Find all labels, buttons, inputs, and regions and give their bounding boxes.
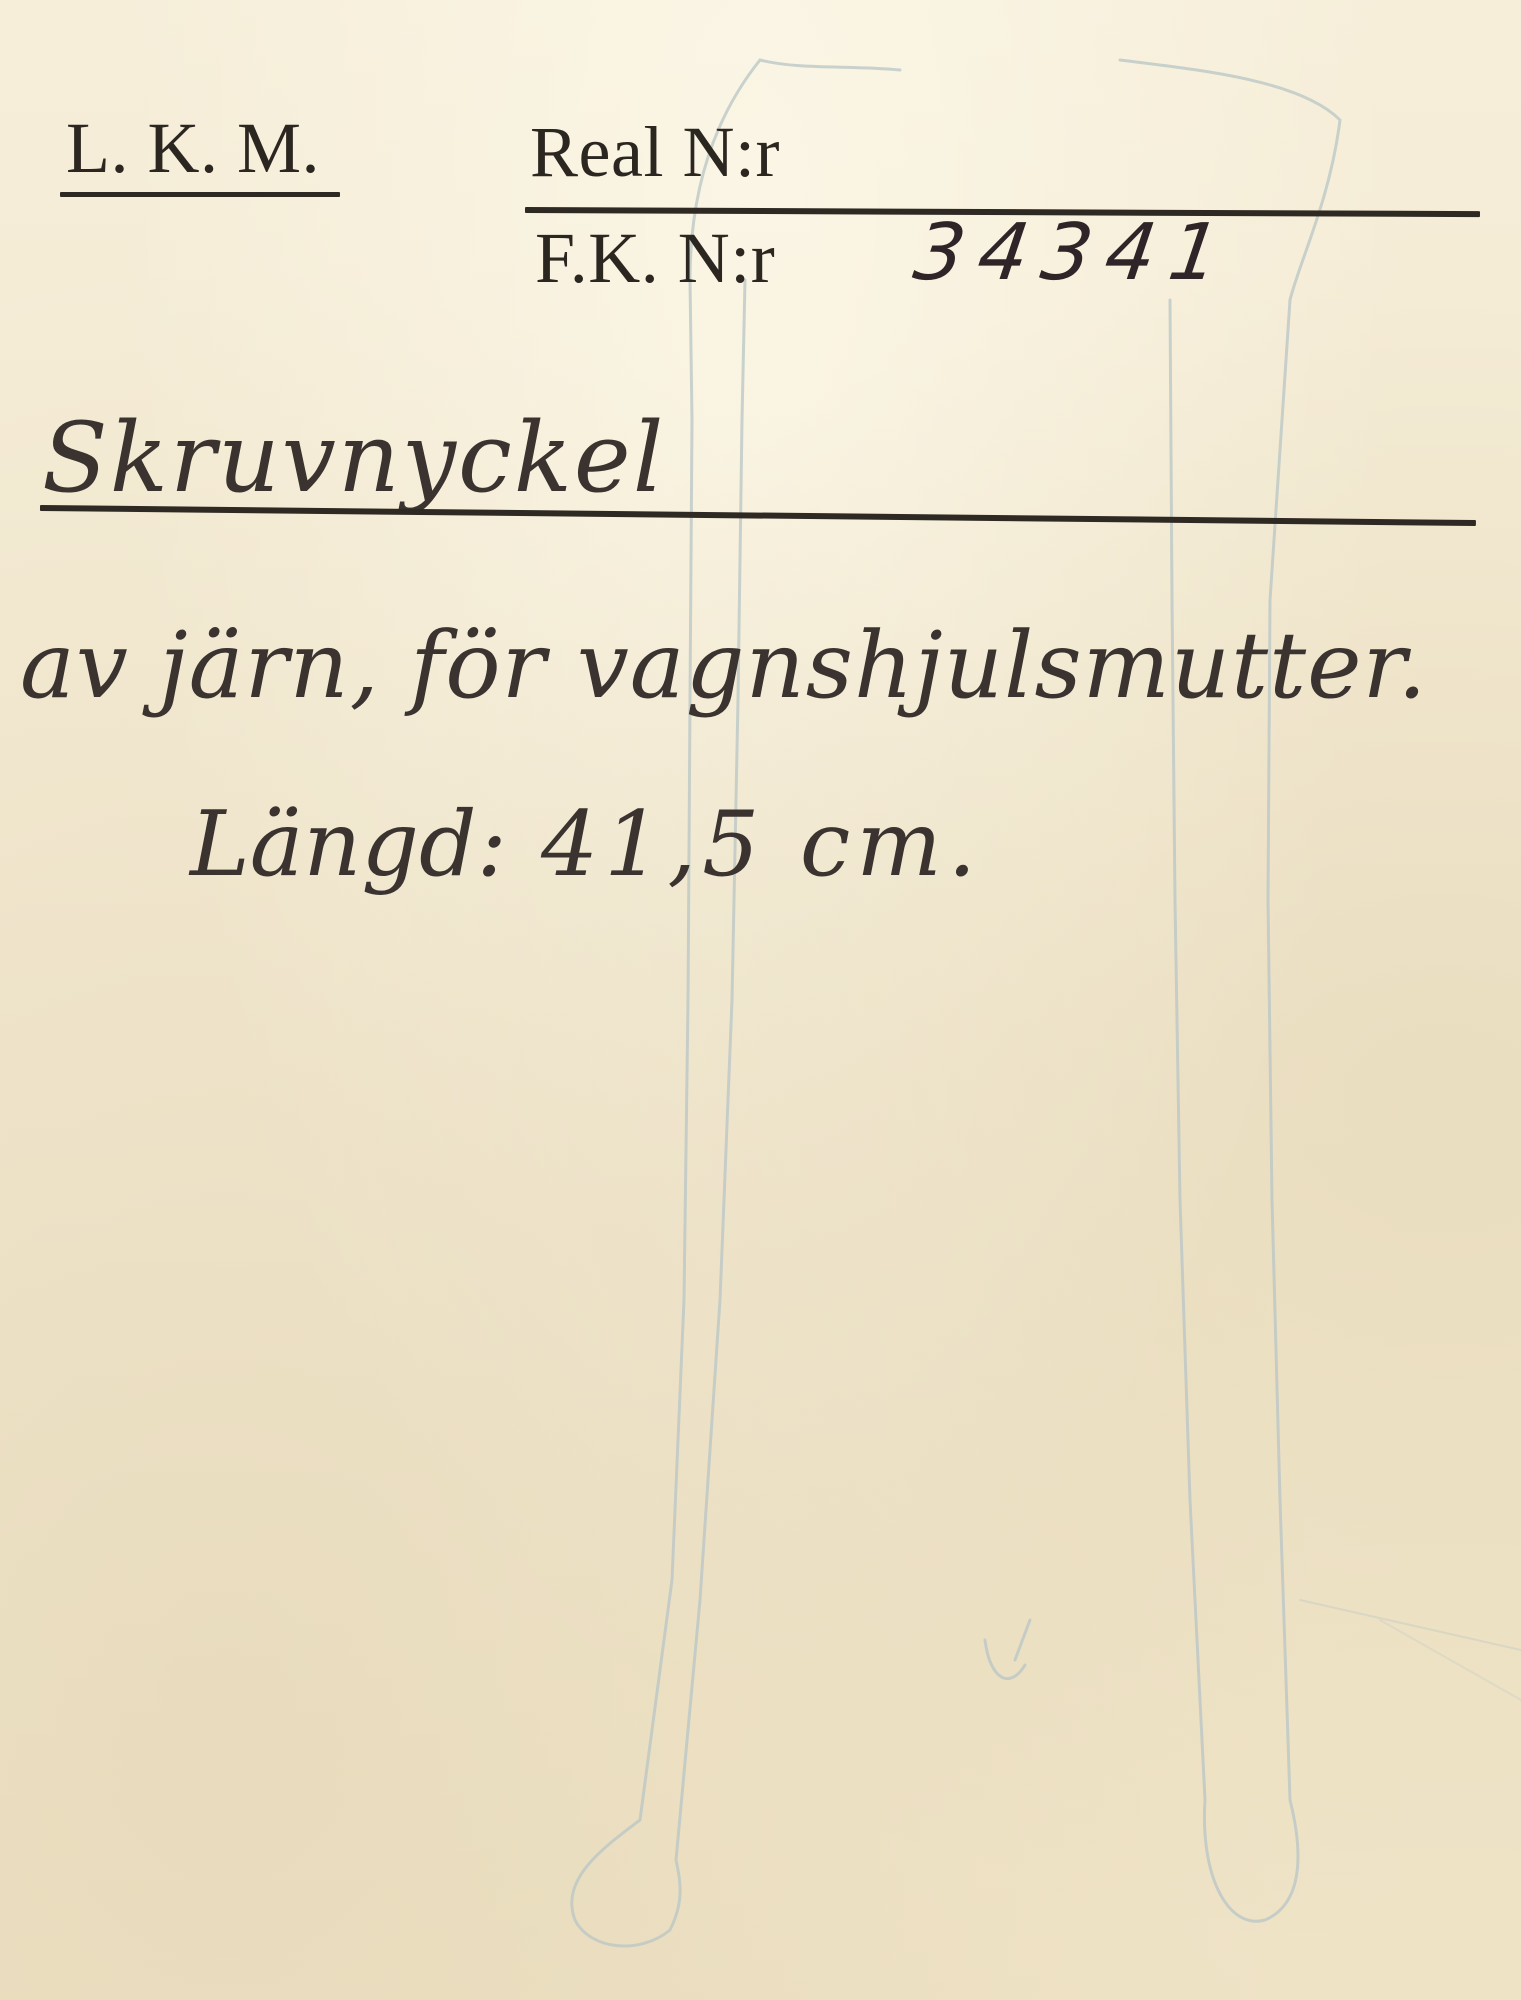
length-row: Längd: 41,5 cm. [190,800,982,890]
fk-number-label: F.K. N:r [535,222,775,294]
catalogue-card: L. K. M. Real N:r F.K. N:r 34341 Skruvny… [0,0,1521,2000]
length-value: 41,5 cm. [541,792,982,897]
real-number-label: Real N:r [530,116,780,188]
fk-number-value: 34341 [910,214,1239,292]
wrench-sketch-icon [0,0,1521,2000]
institution-label: L. K. M. [66,112,320,184]
length-label: Längd: [190,792,507,897]
institution-underline [60,192,340,197]
object-name: Skruvnyckel [42,410,665,506]
description-text: av järn, för vagnshjulsmutter. [20,620,1428,712]
